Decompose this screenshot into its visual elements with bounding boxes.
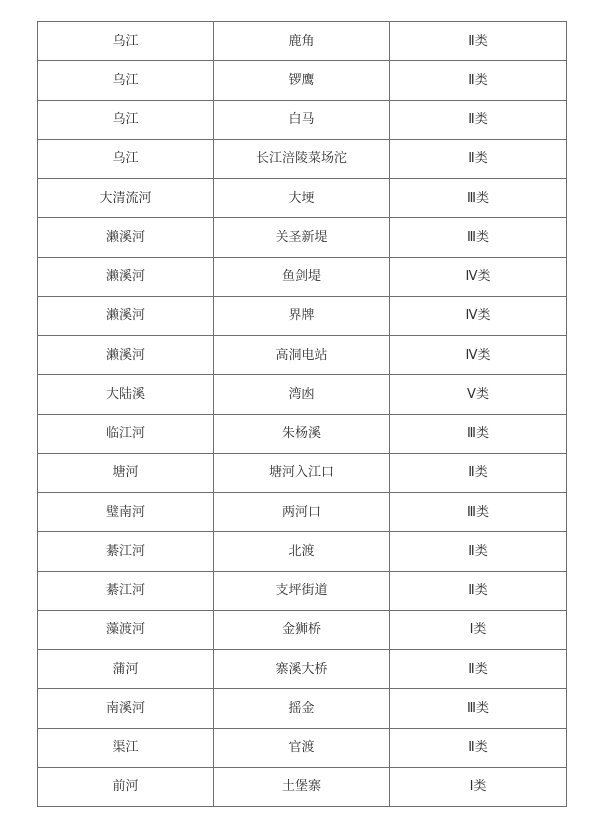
section-cell: 锣鹰 (214, 61, 390, 100)
river-cell: 濑溪河 (38, 336, 214, 375)
class-cell: Ⅱ类 (390, 100, 567, 139)
section-cell: 金狮桥 (214, 610, 390, 649)
table-row: 綦江河支坪街道Ⅱ类 (38, 571, 567, 610)
table-row: 前河土堡寨Ⅰ类 (38, 767, 567, 806)
table-row: 乌江锣鹰Ⅱ类 (38, 61, 567, 100)
river-cell: 大陆溪 (38, 375, 214, 414)
river-cell: 乌江 (38, 61, 214, 100)
class-cell: Ⅲ类 (390, 179, 567, 218)
river-cell: 大清流河 (38, 179, 214, 218)
section-cell: 北渡 (214, 532, 390, 571)
table-row: 乌江长江涪陵菜场沱Ⅱ类 (38, 139, 567, 178)
river-cell: 乌江 (38, 139, 214, 178)
table-row: 濑溪河鱼剑堤Ⅳ类 (38, 257, 567, 296)
table-row: 大陆溪湾凼Ⅴ类 (38, 375, 567, 414)
section-cell: 鱼剑堤 (214, 257, 390, 296)
class-cell: Ⅳ类 (390, 296, 567, 335)
table-row: 璧南河两河口Ⅲ类 (38, 493, 567, 532)
class-cell: Ⅱ类 (390, 650, 567, 689)
river-cell: 濑溪河 (38, 296, 214, 335)
river-cell: 南溪河 (38, 689, 214, 728)
section-cell: 摇金 (214, 689, 390, 728)
class-cell: Ⅲ类 (390, 493, 567, 532)
table-row: 乌江鹿角Ⅱ类 (38, 22, 567, 61)
class-cell: Ⅰ类 (390, 610, 567, 649)
river-cell: 渠江 (38, 728, 214, 767)
section-cell: 关圣新堤 (214, 218, 390, 257)
section-cell: 湾凼 (214, 375, 390, 414)
table-row: 濑溪河关圣新堤Ⅲ类 (38, 218, 567, 257)
class-cell: Ⅴ类 (390, 375, 567, 414)
class-cell: Ⅱ类 (390, 532, 567, 571)
table-row: 藻渡河金狮桥Ⅰ类 (38, 610, 567, 649)
table-row: 蒲河寨溪大桥Ⅱ类 (38, 650, 567, 689)
river-cell: 前河 (38, 767, 214, 806)
section-cell: 两河口 (214, 493, 390, 532)
water-quality-table: 乌江鹿角Ⅱ类乌江锣鹰Ⅱ类乌江白马Ⅱ类乌江长江涪陵菜场沱Ⅱ类大清流河大埂Ⅲ类濑溪河… (37, 21, 567, 807)
class-cell: Ⅳ类 (390, 336, 567, 375)
section-cell: 高洞电站 (214, 336, 390, 375)
class-cell: Ⅲ类 (390, 218, 567, 257)
section-cell: 白马 (214, 100, 390, 139)
river-cell: 藻渡河 (38, 610, 214, 649)
class-cell: Ⅲ类 (390, 414, 567, 453)
class-cell: Ⅱ类 (390, 139, 567, 178)
section-cell: 鹿角 (214, 22, 390, 61)
river-cell: 乌江 (38, 100, 214, 139)
river-cell: 塘河 (38, 453, 214, 492)
table-row: 渠江官渡Ⅱ类 (38, 728, 567, 767)
river-cell: 綦江河 (38, 532, 214, 571)
class-cell: Ⅱ类 (390, 453, 567, 492)
river-cell: 乌江 (38, 22, 214, 61)
section-cell: 朱杨溪 (214, 414, 390, 453)
section-cell: 长江涪陵菜场沱 (214, 139, 390, 178)
river-cell: 璧南河 (38, 493, 214, 532)
section-cell: 塘河入江口 (214, 453, 390, 492)
section-cell: 土堡寨 (214, 767, 390, 806)
table-row: 綦江河北渡Ⅱ类 (38, 532, 567, 571)
section-cell: 寨溪大桥 (214, 650, 390, 689)
river-cell: 蒲河 (38, 650, 214, 689)
section-cell: 界牌 (214, 296, 390, 335)
river-cell: 綦江河 (38, 571, 214, 610)
table-row: 临江河朱杨溪Ⅲ类 (38, 414, 567, 453)
river-cell: 临江河 (38, 414, 214, 453)
table-row: 南溪河摇金Ⅲ类 (38, 689, 567, 728)
table-row: 乌江白马Ⅱ类 (38, 100, 567, 139)
table-row: 塘河塘河入江口Ⅱ类 (38, 453, 567, 492)
table-row: 濑溪河高洞电站Ⅳ类 (38, 336, 567, 375)
class-cell: Ⅲ类 (390, 689, 567, 728)
river-cell: 濑溪河 (38, 218, 214, 257)
class-cell: Ⅱ类 (390, 571, 567, 610)
class-cell: Ⅳ类 (390, 257, 567, 296)
section-cell: 官渡 (214, 728, 390, 767)
table-row: 濑溪河界牌Ⅳ类 (38, 296, 567, 335)
table-body: 乌江鹿角Ⅱ类乌江锣鹰Ⅱ类乌江白马Ⅱ类乌江长江涪陵菜场沱Ⅱ类大清流河大埂Ⅲ类濑溪河… (38, 22, 567, 807)
section-cell: 大埂 (214, 179, 390, 218)
river-cell: 濑溪河 (38, 257, 214, 296)
class-cell: Ⅱ类 (390, 22, 567, 61)
class-cell: Ⅰ类 (390, 767, 567, 806)
table-row: 大清流河大埂Ⅲ类 (38, 179, 567, 218)
class-cell: Ⅱ类 (390, 728, 567, 767)
class-cell: Ⅱ类 (390, 61, 567, 100)
section-cell: 支坪街道 (214, 571, 390, 610)
